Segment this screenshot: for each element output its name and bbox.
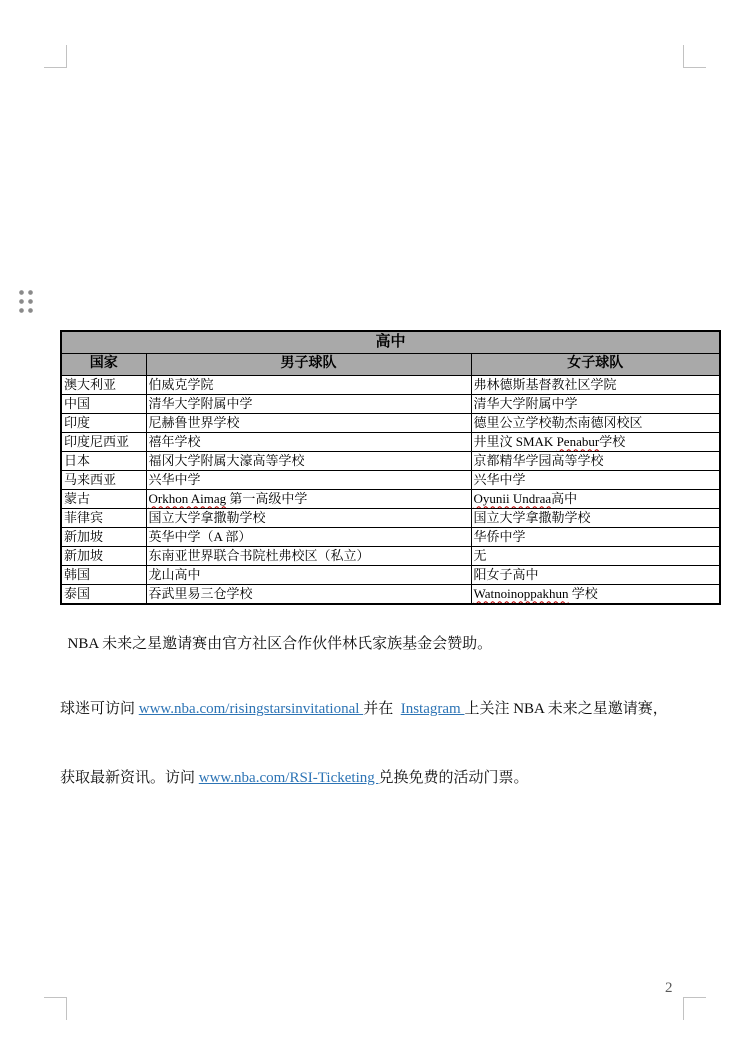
boys-team-cell: 东南亚世界联合书院杜弗校区（私立）	[146, 547, 471, 566]
girls-team-cell: 德里公立学校勒杰南德冈校区	[471, 414, 720, 433]
girls-team-cell: 阳女子高中	[471, 566, 720, 585]
country-cell: 新加坡	[61, 528, 146, 547]
instagram-link[interactable]: Instagram	[401, 701, 465, 717]
column-header-country: 国家	[61, 354, 146, 376]
fan-text: 球迷可访问	[60, 701, 139, 717]
girls-team-cell: 国立大学拿撒勒学校	[471, 509, 720, 528]
fan-info-paragraph: 球迷可访问 www.nba.com/risingstarsinvitationa…	[60, 652, 722, 813]
country-cell: 韩国	[61, 566, 146, 585]
fan-text: 获取最新资讯。访问	[60, 770, 199, 786]
crop-mark-top-right-horizontal	[683, 67, 706, 68]
girls-team-cell: 弗林德斯基督教社区学院	[471, 376, 720, 395]
crop-mark-top-right-vertical	[683, 45, 684, 68]
boys-team-cell: 尼赫鲁世界学校	[146, 414, 471, 433]
fan-text: 兑换免费的活动门票。	[378, 770, 528, 786]
boys-team-cell: 国立大学拿撒勒学校	[146, 509, 471, 528]
country-cell: 中国	[61, 395, 146, 414]
table-row-philippines: 菲律宾 国立大学拿撒勒学校 国立大学拿撒勒学校	[61, 509, 720, 528]
boys-team-cell: 吞武里易三仓学校	[146, 585, 471, 605]
team-name-part: 高中	[551, 491, 577, 506]
table-title-row: 高中	[61, 331, 720, 354]
country-cell: 泰国	[61, 585, 146, 605]
team-name-part: 学校	[599, 434, 625, 449]
boys-team-cell: 清华大学附属中学	[146, 395, 471, 414]
misspelled-text: Oyunii Undraa	[474, 491, 552, 506]
table-title: 高中	[61, 331, 720, 354]
fan-info-line-2: 获取最新资讯。访问 www.nba.com/RSI-Ticketing 兑换免费…	[60, 767, 722, 790]
table-row-china: 中国 清华大学附属中学 清华大学附属中学	[61, 395, 720, 414]
girls-team-cell: Oyunii Undraa高中	[471, 490, 720, 509]
page-number: 2	[665, 980, 673, 997]
girls-team-cell: 井里汶 SMAK Penabur学校	[471, 433, 720, 452]
girls-team-cell: 无	[471, 547, 720, 566]
sponsor-text: NBA 未来之星邀请赛由官方社区合作伙伴林氏家族基金会赞助。	[68, 636, 493, 652]
girls-team-cell: 华侨中学	[471, 528, 720, 547]
table-row-indonesia: 印度尼西亚 禧年学校 井里汶 SMAK Penabur学校	[61, 433, 720, 452]
team-name-part: 井里汶 SMAK	[474, 434, 557, 449]
rsi-ticketing-link[interactable]: www.nba.com/RSI-Ticketing	[199, 770, 379, 786]
table-row-mongolia: 蒙古 Orkhon Aimag 第一高级中学 Oyunii Undraa高中	[61, 490, 720, 509]
fan-info-line-1: 球迷可访问 www.nba.com/risingstarsinvitationa…	[60, 698, 722, 721]
table-row-singapore-2: 新加坡 东南亚世界联合书院杜弗校区（私立） 无	[61, 547, 720, 566]
boys-team-cell: 兴华中学	[146, 471, 471, 490]
rising-stars-invitational-link[interactable]: www.nba.com/risingstarsinvitational	[139, 701, 363, 717]
column-header-girls-team: 女子球队	[471, 354, 720, 376]
drag-handle-dots-icon[interactable]	[17, 288, 35, 315]
boys-team-cell: 伯威克学院	[146, 376, 471, 395]
country-cell: 澳大利亚	[61, 376, 146, 395]
crop-mark-top-left-vertical	[66, 45, 67, 68]
crop-mark-bottom-right-vertical	[683, 997, 684, 1020]
country-cell: 马来西亚	[61, 471, 146, 490]
table-row-japan: 日本 福冈大学附属大濠高等学校 京都精华学园高等学校	[61, 452, 720, 471]
boys-team-cell: Orkhon Aimag 第一高级中学	[146, 490, 471, 509]
sponsor-paragraph: NBA 未来之星邀请赛由官方社区合作伙伴林氏家族基金会赞助。	[60, 615, 722, 653]
table-row-india: 印度 尼赫鲁世界学校 德里公立学校勒杰南德冈校区	[61, 414, 720, 433]
crop-mark-bottom-right-horizontal	[683, 997, 706, 998]
team-name-part: 第一高级中学	[226, 491, 307, 506]
table-row-malaysia: 马来西亚 兴华中学 兴华中学	[61, 471, 720, 490]
fan-text: 并在	[363, 701, 401, 717]
boys-team-cell: 福冈大学附属大濠高等学校	[146, 452, 471, 471]
girls-team-cell: 兴华中学	[471, 471, 720, 490]
table-row-thailand: 泰国 吞武里易三仓学校 Watnoinoppakhun 学校	[61, 585, 720, 605]
crop-mark-top-left-horizontal	[44, 67, 67, 68]
misspelled-text: Penabur	[557, 434, 600, 449]
team-name-part: 学校	[569, 586, 598, 601]
country-cell: 蒙古	[61, 490, 146, 509]
table-row-singapore-1: 新加坡 英华中学（A 部） 华侨中学	[61, 528, 720, 547]
crop-mark-bottom-left-vertical	[66, 997, 67, 1020]
boys-team-cell: 禧年学校	[146, 433, 471, 452]
country-cell: 日本	[61, 452, 146, 471]
misspelled-text: Orkhon Aimag	[149, 491, 227, 506]
table-row-south-korea: 韩国 龙山高中 阳女子高中	[61, 566, 720, 585]
table-header-row: 国家 男子球队 女子球队	[61, 354, 720, 376]
fan-text: 上关注 NBA 未来之星邀请赛，	[464, 701, 667, 717]
crop-mark-bottom-left-horizontal	[44, 997, 67, 998]
boys-team-cell: 龙山高中	[146, 566, 471, 585]
country-cell: 菲律宾	[61, 509, 146, 528]
girls-team-cell: 京都精华学园高等学校	[471, 452, 720, 471]
girls-team-cell: 清华大学附属中学	[471, 395, 720, 414]
country-cell: 印度尼西亚	[61, 433, 146, 452]
column-header-boys-team: 男子球队	[146, 354, 471, 376]
country-cell: 新加坡	[61, 547, 146, 566]
country-cell: 印度	[61, 414, 146, 433]
table-row-australia: 澳大利亚 伯威克学院 弗林德斯基督教社区学院	[61, 376, 720, 395]
misspelled-text: Watnoinoppakhun	[474, 586, 569, 601]
boys-team-cell: 英华中学（A 部）	[146, 528, 471, 547]
girls-team-cell: Watnoinoppakhun 学校	[471, 585, 720, 605]
high-school-teams-table: 高中 国家 男子球队 女子球队 澳大利亚 伯威克学院 弗林德斯基督教社区学院 中…	[60, 330, 721, 605]
